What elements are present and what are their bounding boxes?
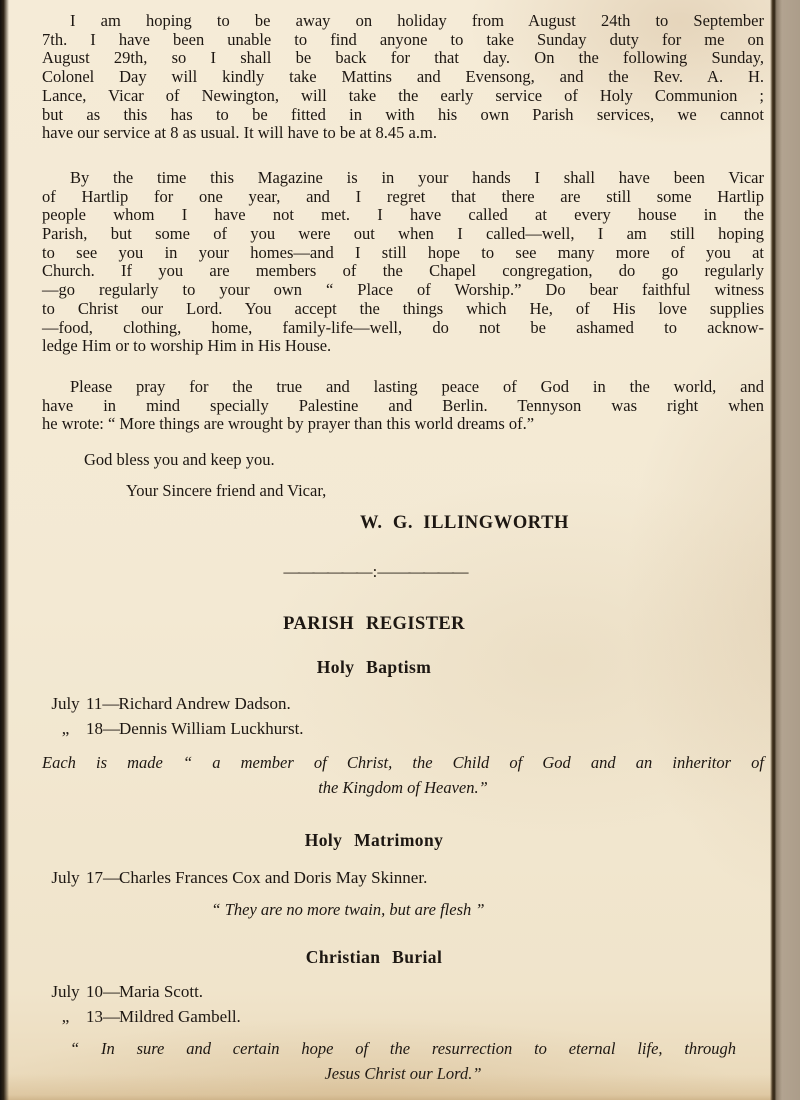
- burial-entries: July10—Maria Scott. „13—Mildred Gambell.: [42, 979, 764, 1029]
- text-line: Parish, but some of you were out when I …: [42, 225, 764, 244]
- entry-day: 13: [86, 1007, 103, 1026]
- text-line: By the time this Magazine is in your han…: [42, 169, 764, 188]
- entry-dash: —: [103, 1007, 119, 1026]
- heading-christian-burial: Christian Burial: [42, 948, 706, 967]
- text-line: of Hartlip for one year, and I regret th…: [42, 188, 764, 207]
- entry-name: Richard Andrew Dadson.: [118, 694, 290, 713]
- letter-valediction: Your Sincere friend and Vicar,: [126, 482, 764, 501]
- matrimony-scripture-quote: “ They are no more twain, but are flesh …: [42, 897, 654, 922]
- burial-entry: „13—Mildred Gambell.: [45, 1004, 764, 1029]
- text-line: “ They are no more twain, but are flesh …: [42, 897, 654, 922]
- text-line: Each is made “ a member of Christ, the C…: [42, 750, 764, 775]
- text-line: Please pray for the true and lasting pea…: [42, 378, 764, 397]
- scanned-magazine-page: I am hoping to be away on holiday from A…: [0, 0, 800, 1100]
- text-line: I am hoping to be away on holiday from A…: [42, 12, 764, 31]
- text-line: —food, clothing, home, family-life—well,…: [42, 319, 764, 338]
- section-divider-rule: —————— : — —————: [42, 563, 708, 582]
- text-line: the Kingdom of Heaven.”: [42, 775, 764, 800]
- baptism-entry: „18—Dennis William Luckhurst.: [45, 716, 764, 741]
- parish-register-title: PARISH REGISTER: [42, 615, 706, 634]
- letter-paragraph-holiday: I am hoping to be away on holiday from A…: [42, 0, 764, 143]
- page-content: I am hoping to be away on holiday from A…: [42, 0, 764, 1086]
- text-line: to Christ our Lord. You accept the thing…: [42, 300, 764, 319]
- entry-dash: —: [103, 982, 119, 1001]
- entry-name: Maria Scott.: [119, 982, 203, 1001]
- letter-paragraph-prayer: Please pray for the true and lasting pea…: [42, 378, 764, 434]
- text-line: ledge Him or to worship Him in His House…: [42, 337, 764, 356]
- burial-entry: July10—Maria Scott.: [45, 979, 764, 1004]
- text-line: he wrote: “ More things are wrought by p…: [42, 415, 764, 434]
- text-line: Colonel Day will kindly take Mattins and…: [42, 68, 764, 87]
- baptism-scripture-quote: Each is made “ a member of Christ, the C…: [42, 750, 764, 800]
- letter-blessing: God bless you and keep you.: [84, 451, 764, 470]
- entry-name: Mildred Gambell.: [119, 1007, 241, 1026]
- entry-dash: —: [103, 868, 119, 887]
- text-line: “ In sure and certain hope of the resurr…: [70, 1036, 736, 1061]
- text-line: have in mind specially Palestine and Ber…: [42, 397, 764, 416]
- entry-ditto-mark: „: [45, 1004, 86, 1029]
- entry-month: July: [45, 865, 86, 890]
- scan-bottom-shadow: [0, 1074, 800, 1100]
- text-line: to see you in your homes—and I still hop…: [42, 244, 764, 263]
- baptism-entries: July11—Richard Andrew Dadson. „18—Dennis…: [42, 691, 764, 741]
- text-line: Lance, Vicar of Newington, will take the…: [42, 87, 764, 106]
- entry-day: 18: [86, 719, 103, 738]
- entry-name: Charles Frances Cox and Doris May Skinne…: [119, 868, 427, 887]
- entry-dash: —: [103, 719, 119, 738]
- text-line: Church. If you are members of the Chapel…: [42, 262, 764, 281]
- entry-month: July: [45, 979, 86, 1004]
- heading-holy-baptism: Holy Baptism: [42, 658, 706, 677]
- scan-left-dark-edge: [0, 0, 9, 1100]
- text-line: 7th. I have been unable to find anyone t…: [42, 31, 764, 50]
- text-line: people whom I have not met. I have calle…: [42, 206, 764, 225]
- entry-ditto-mark: „: [45, 716, 86, 741]
- heading-holy-matrimony: Holy Matrimony: [42, 831, 706, 850]
- letter-paragraph-anniversary: By the time this Magazine is in your han…: [42, 169, 764, 356]
- entry-month: July: [45, 691, 86, 716]
- entry-day: 10: [86, 982, 103, 1001]
- text-line: have our service at 8 as usual. It will …: [42, 124, 764, 143]
- baptism-entry: July11—Richard Andrew Dadson.: [45, 691, 764, 716]
- vicar-signature: W. G. ILLINGWORTH: [360, 514, 764, 533]
- text-line: August 29th, so I shall be back for that…: [42, 49, 764, 68]
- text-line: —go regularly to your own “ Place of Wor…: [42, 281, 764, 300]
- text-line: but as this has to be fitted in with his…: [42, 106, 764, 125]
- entry-day: 17: [86, 868, 103, 887]
- entry-day: 11: [86, 694, 102, 713]
- entry-dash: —: [102, 694, 118, 713]
- matrimony-entries: July17—Charles Frances Cox and Doris May…: [42, 865, 764, 890]
- matrimony-entry: July17—Charles Frances Cox and Doris May…: [45, 865, 764, 890]
- entry-name: Dennis William Luckhurst.: [119, 719, 304, 738]
- adjacent-page-edge: [770, 0, 800, 1100]
